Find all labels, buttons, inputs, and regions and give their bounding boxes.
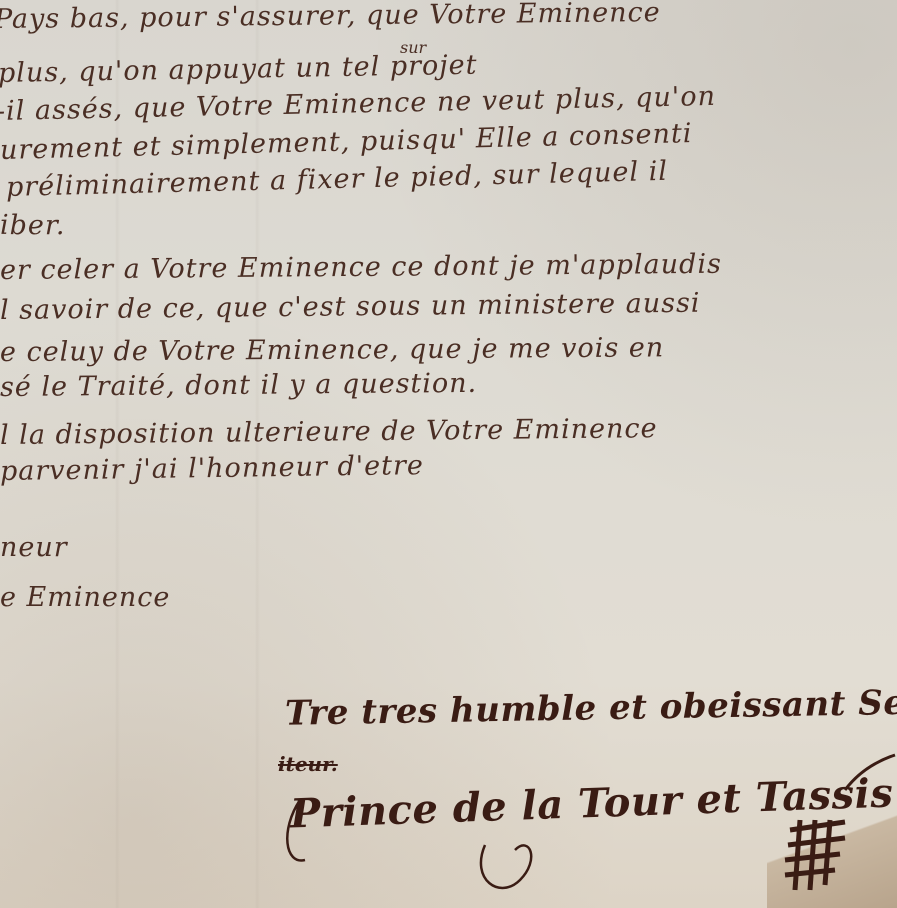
text-line-13: neur (0, 532, 68, 563)
text-line-9: e celuy de Votre Eminence, que je me voi… (0, 332, 664, 368)
text-line-6: iber. (0, 210, 65, 241)
text-line-12: parvenir j'ai l'honneur d'etre (0, 450, 424, 487)
text-line-14: e Eminence (0, 582, 170, 613)
struck-word: iteur. (278, 752, 338, 776)
text-line-7: er celer a Votre Eminence ce dont je m'a… (0, 249, 722, 286)
text-line-10: sé le Traité, dont il y a question. (0, 368, 477, 403)
